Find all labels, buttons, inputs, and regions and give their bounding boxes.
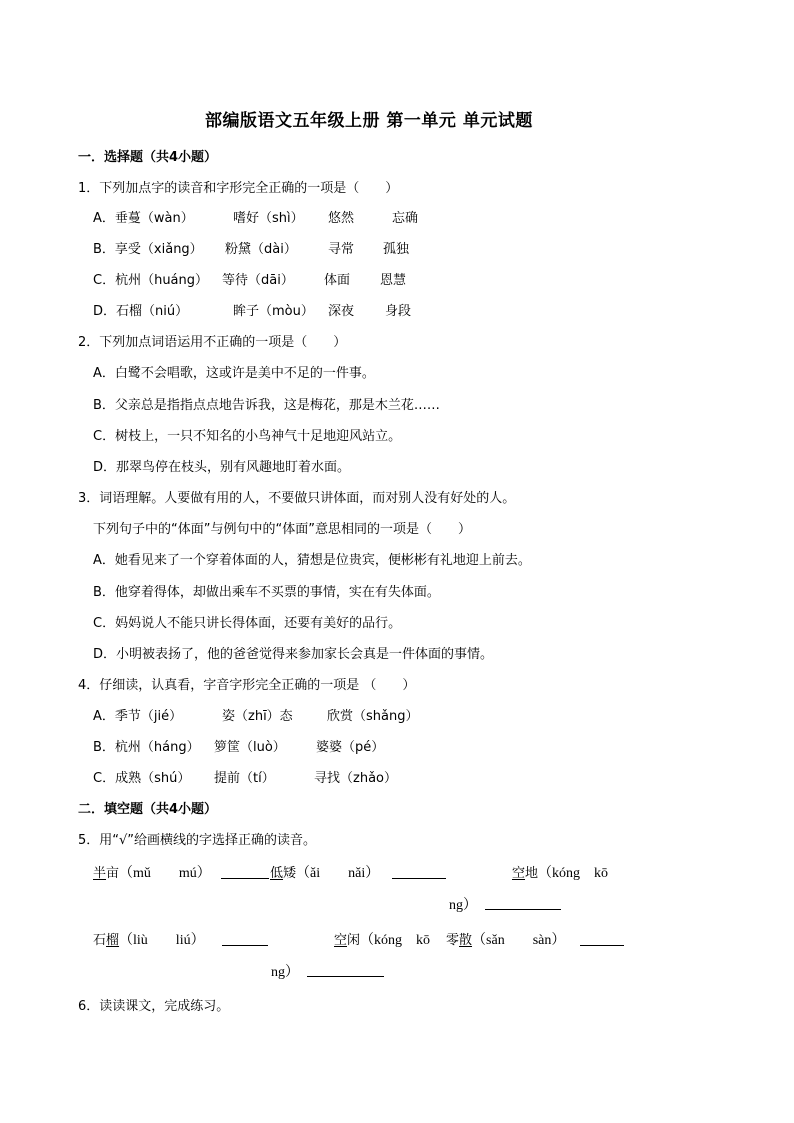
option-item: 孤独 (383, 238, 409, 257)
answer-blank[interactable] (580, 945, 624, 946)
question-1-stem: 1．下列加点字的读音和字形完全正确的一项是（ ） (78, 177, 398, 196)
section-heading-multiple-choice: 一．选择题（共4小题） (78, 146, 217, 165)
word-shiliu: 石榴（liù liú） (93, 929, 205, 949)
option-item: 提前（tí） (214, 767, 275, 786)
question-2-option-a: A．白鹭不会唱歌，这或许是美中不足的一件事。 (93, 362, 375, 381)
question-3-option-c: C．妈妈说人不能只讲长得体面，还要有美好的品行。 (93, 612, 401, 631)
option-item: 欣赏（shǎng） (327, 705, 418, 724)
answer-blank[interactable] (392, 878, 446, 879)
question-3-option-b: B．他穿着得体，却做出乘车不买票的事情，实在有失体面。 (93, 581, 440, 600)
answer-blank[interactable] (221, 878, 269, 879)
option-item: 等待（dāi） (222, 269, 294, 288)
option-item: 体面 (324, 269, 350, 288)
option-label: B．享受（xiǎng） (93, 238, 203, 257)
option-item: 婆婆（pé） (316, 736, 384, 755)
section-heading-fill-in: 二．填空题（共4小题） (78, 798, 217, 817)
question-3-option-a: A．她看见来了一个穿着体面的人，猜想是位贵宾，便彬彬有礼地迎上前去。 (93, 549, 531, 568)
option-label: A．季节（jié） (93, 705, 182, 724)
option-item: 箩筐（luò） (214, 736, 286, 755)
question-2-stem: 2．下列加点词语运用不正确的一项是（ ） (78, 331, 346, 350)
pinyin-continuation: ng） (449, 894, 477, 914)
page-title: 部编版语文五年级上册 第一单元 单元试题 (205, 106, 533, 131)
word-kongxian: 空闲（kóng kō (334, 929, 430, 949)
question-4-stem: 4．仔细读，认真看，字音字形完全正确的一项是 （ ） (78, 674, 415, 693)
question-3-option-d: D．小明被表扬了，他的爸爸觉得来参加家长会真是一件体面的事情。 (93, 643, 493, 662)
answer-blank[interactable] (222, 945, 268, 946)
word-diai: 低矮（ǎi nǎi） (270, 862, 379, 882)
option-item: 姿（zhī）态 (222, 705, 293, 724)
option-item: 寻常 (328, 238, 354, 257)
option-item: 身段 (385, 300, 411, 319)
option-item: 粉黛（dài） (225, 238, 297, 257)
option-item: 恩慧 (380, 269, 406, 288)
option-item: 忘确 (392, 207, 418, 226)
question-2-option-b: B．父亲总是指指点点地告诉我，这是梅花，那是木兰花…… (93, 394, 440, 413)
question-6-stem: 6．读读课文，完成练习。 (78, 995, 229, 1014)
pinyin-continuation: ng） (271, 961, 299, 981)
answer-blank[interactable] (485, 909, 561, 910)
word-banmu: 半亩（mǔ mú） (93, 862, 211, 882)
question-3-stem: 3．词语理解。人要做有用的人，不要做只讲体面，而对别人没有好处的人。 (78, 487, 515, 506)
question-5-stem: 5．用“√”给画横线的字选择正确的读音。 (78, 829, 316, 848)
option-item: 眸子（mòu） (233, 300, 314, 319)
option-item: 嗜好（shì） (233, 207, 304, 226)
word-lingsan: 零散（sǎn sàn） (446, 929, 565, 949)
question-2-option-c: C．树枝上，一只不知名的小鸟神气十足地迎风站立。 (93, 425, 401, 444)
option-label: D．石榴（niú） (93, 300, 188, 319)
option-label: B．杭州（háng） (93, 736, 200, 755)
answer-blank[interactable] (307, 976, 384, 977)
option-item: 悠然 (328, 207, 354, 226)
option-label: C．成熟（shú） (93, 767, 190, 786)
option-label: A．垂蔓（wàn） (93, 207, 194, 226)
question-3-stem-2: 下列句子中的“体面”与例句中的“体面”意思相同的一项是（ ） (93, 518, 471, 537)
question-2-option-d: D．那翠鸟停在枝头，别有风趣地盯着水面。 (93, 456, 350, 475)
option-item: 深夜 (328, 300, 354, 319)
option-item: 寻找（zhǎo） (314, 767, 397, 786)
option-label: C．杭州（huáng） (93, 269, 208, 288)
word-kongdi: 空地（kóng kō (512, 862, 608, 882)
